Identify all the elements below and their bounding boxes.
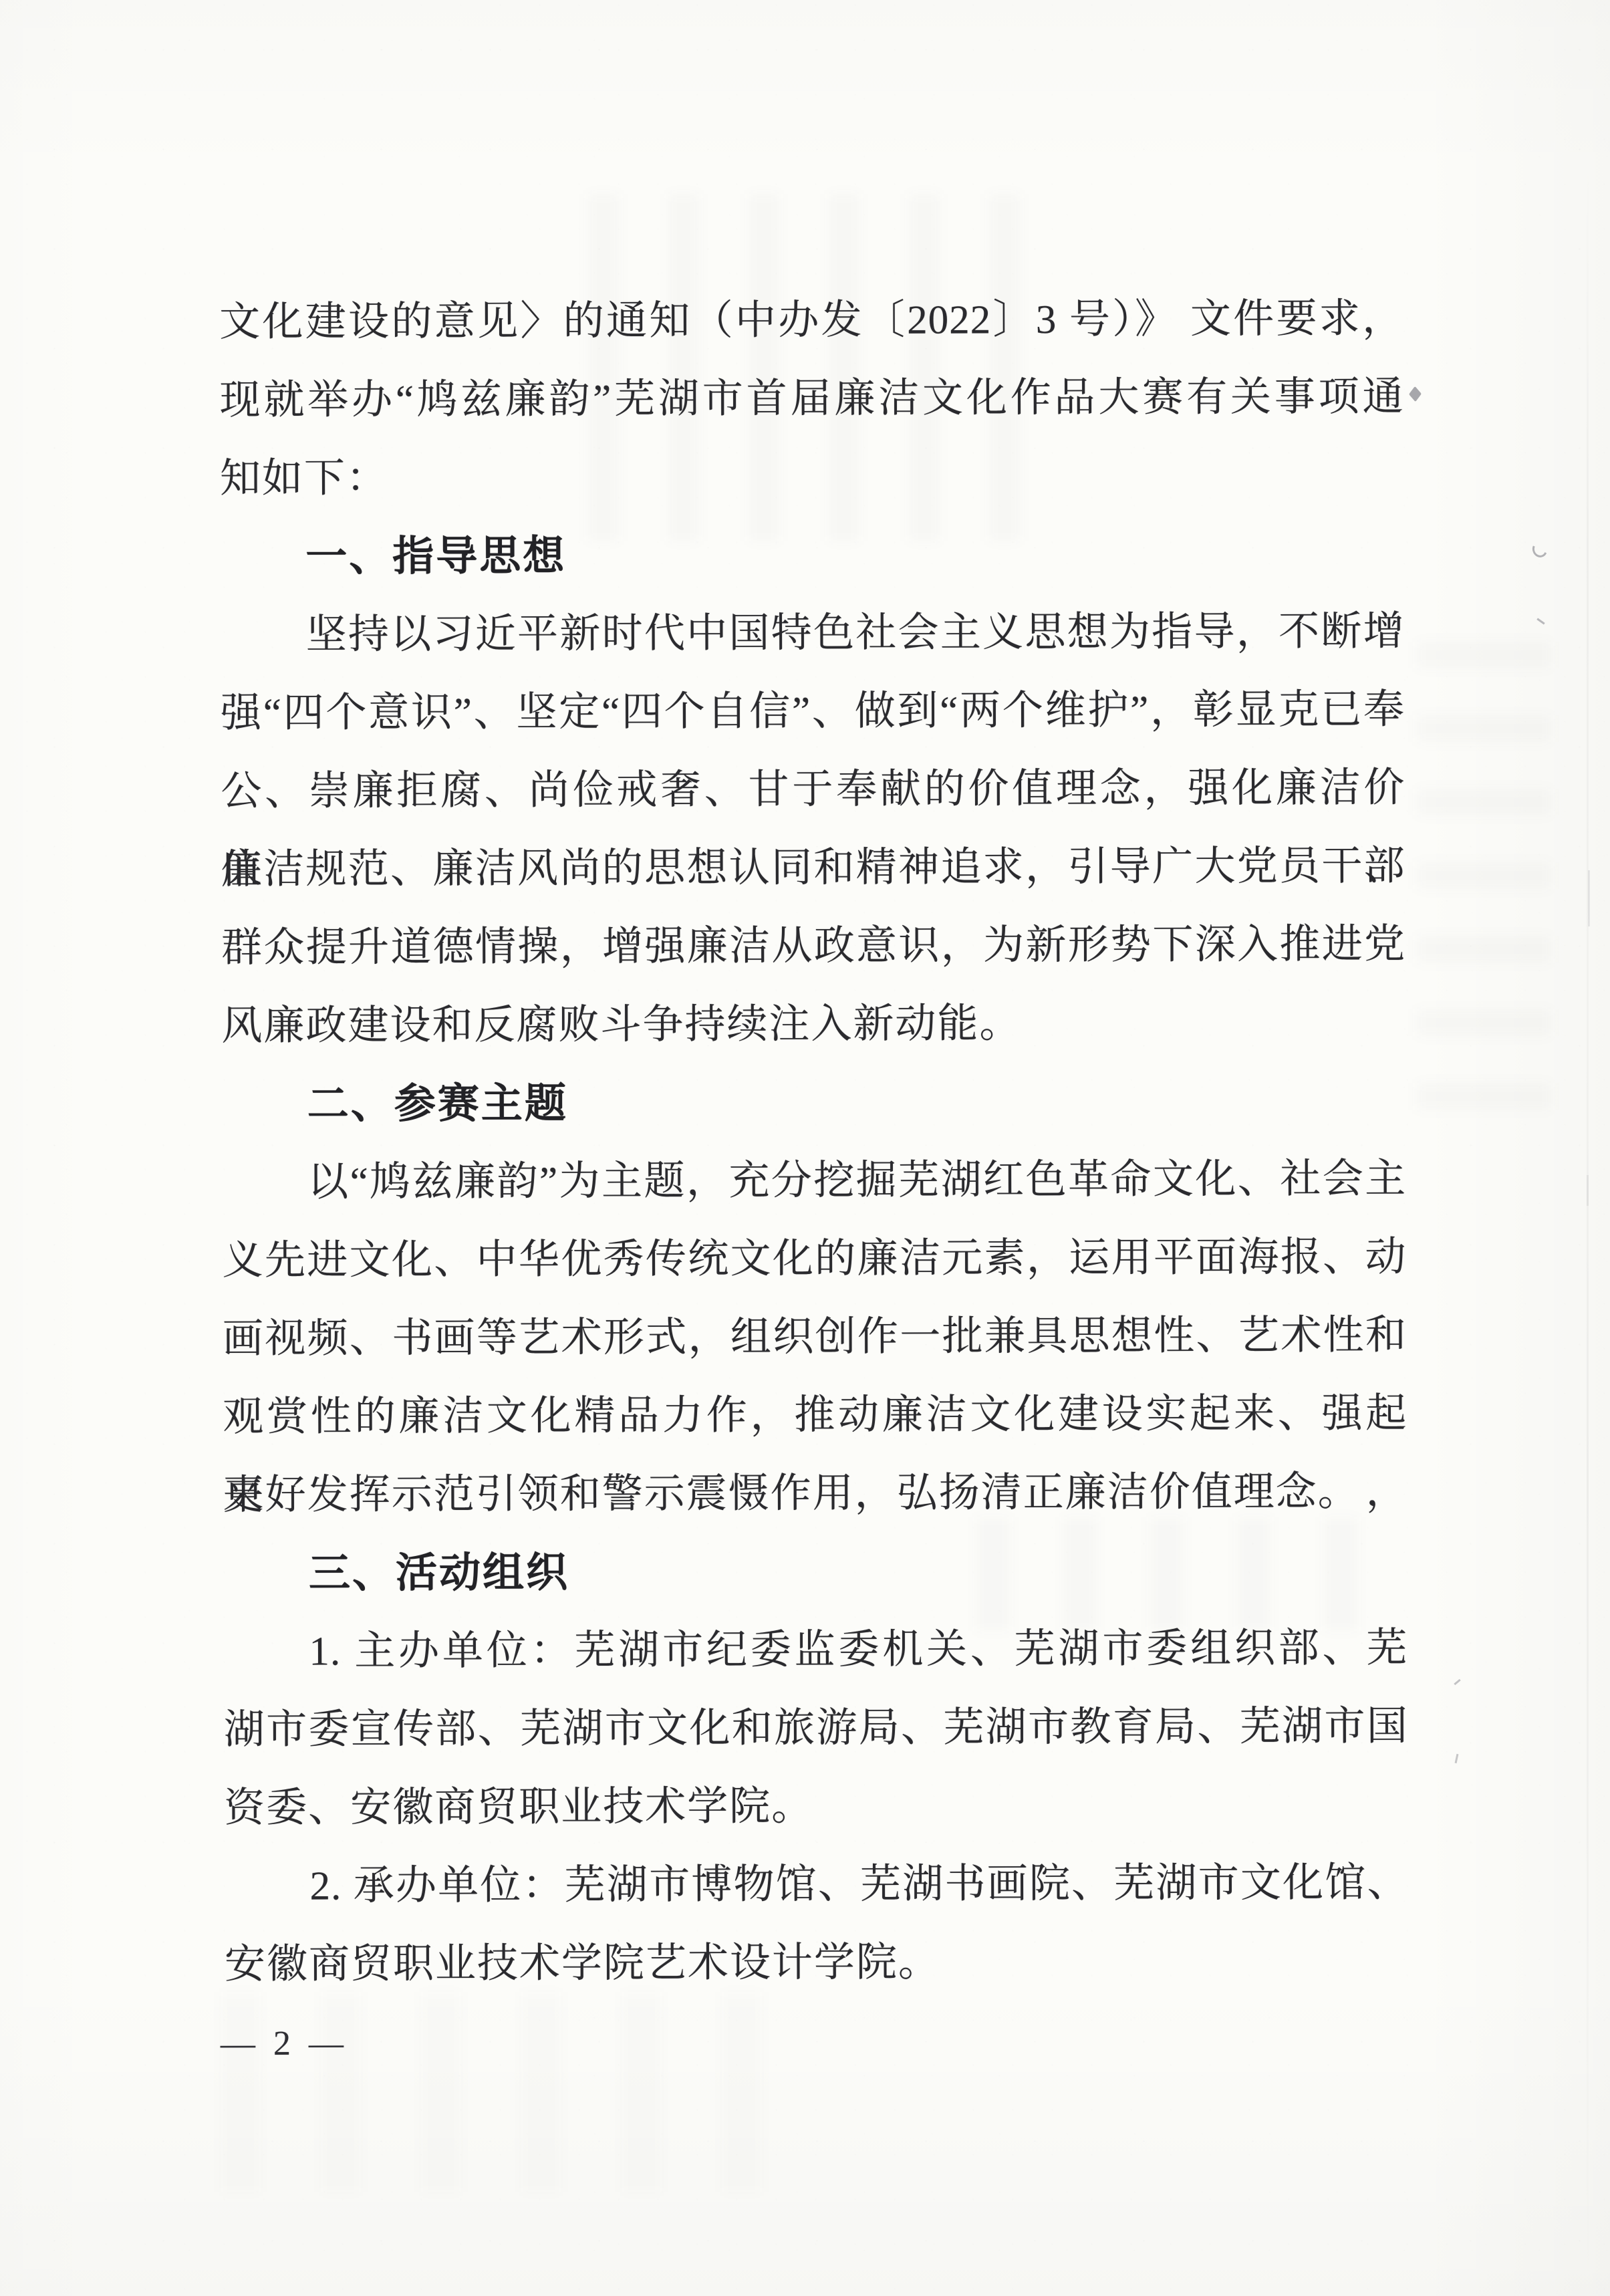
text-line: 以“鸠兹廉韵”为主题，充分挖掘芜湖红色革命文化、社会主 bbox=[222, 1140, 1406, 1222]
scan-streak bbox=[1587, 160, 1589, 2296]
scan-speck bbox=[1409, 386, 1422, 402]
scan-speck bbox=[1455, 1754, 1459, 1763]
text-line: 现就举办“鸠兹廉韵”芜湖市首届廉洁文化作品大赛有关事项通 bbox=[219, 358, 1403, 440]
text-line: 知如下： bbox=[220, 436, 1404, 518]
text-line: 二、参赛主题 bbox=[222, 1061, 1406, 1144]
text-line: 湖市委宣传部、芜湖市文化和旅游局、芜湖市教育局、芜湖市国 bbox=[224, 1687, 1408, 1769]
text-line: 强“四个意识”、坚定“四个自信”、做到“两个维护”，彰显克已奉 bbox=[221, 670, 1405, 753]
text-line: 资委、安徽商贸职业技术学院。 bbox=[224, 1765, 1408, 1847]
text-line: 廉洁规范、廉洁风尚的思想认同和精神追求，引导广大党员干部 bbox=[221, 827, 1405, 909]
scan-speck bbox=[1454, 1679, 1460, 1685]
page-number: — 2 — bbox=[221, 2017, 348, 2071]
document-body: 文化建设的意见〉的通知（中办发〔2022〕3 号）》 文件要求，现就举办“鸠兹廉… bbox=[219, 279, 1409, 2004]
scanned-document-page: 文化建设的意见〉的通知（中办发〔2022〕3 号）》 文件要求，现就举办“鸠兹廉… bbox=[0, 0, 1610, 2296]
text-line: 一、指导思想 bbox=[220, 514, 1404, 596]
scan-speck bbox=[1587, 1175, 1589, 1206]
text-line: 更好发挥示范引领和警示震慑作用，弘扬清正廉洁价值理念。 bbox=[223, 1452, 1407, 1535]
text-line: 风廉政建设和反腐败斗争持续注入新动能。 bbox=[221, 983, 1405, 1065]
text-line: 群众提升道德情操，增强廉洁从政意识，为新形势下深入推进党 bbox=[221, 905, 1405, 987]
text-line: 画视频、书画等艺术形式，组织创作一批兼具思想性、艺术性和 bbox=[223, 1296, 1407, 1378]
text-line: 公、崇廉拒腐、尚俭戒奢、甘于奉献的价值理念，强化廉洁价值、 bbox=[221, 749, 1405, 831]
scan-speck bbox=[1530, 539, 1550, 559]
text-line: 安徽商贸职业技术学院艺术设计学院。 bbox=[225, 1922, 1409, 2004]
text-line: 观赏性的廉洁文化精品力作，推动廉洁文化建设实起来、强起来， bbox=[223, 1374, 1407, 1456]
text-line: 文化建设的意见〉的通知（中办发〔2022〕3 号）》 文件要求， bbox=[219, 279, 1403, 362]
text-line: 义先进文化、中华优秀传统文化的廉洁元素，运用平面海报、动 bbox=[222, 1218, 1406, 1300]
bleed-through-smudge bbox=[1417, 642, 1551, 1150]
text-line: 三、活动组织 bbox=[223, 1531, 1407, 1613]
scan-speck bbox=[1536, 618, 1545, 625]
text-line: 1. 主办单位：芜湖市纪委监委机关、芜湖市委组织部、芜 bbox=[223, 1609, 1407, 1691]
text-line: 坚持以习近平新时代中国特色社会主义思想为指导，不断增 bbox=[220, 592, 1404, 674]
scan-speck bbox=[1588, 870, 1590, 926]
text-line: 2. 承办单位：芜湖市博物馆、芜湖书画院、芜湖市文化馆、 bbox=[224, 1843, 1408, 1926]
